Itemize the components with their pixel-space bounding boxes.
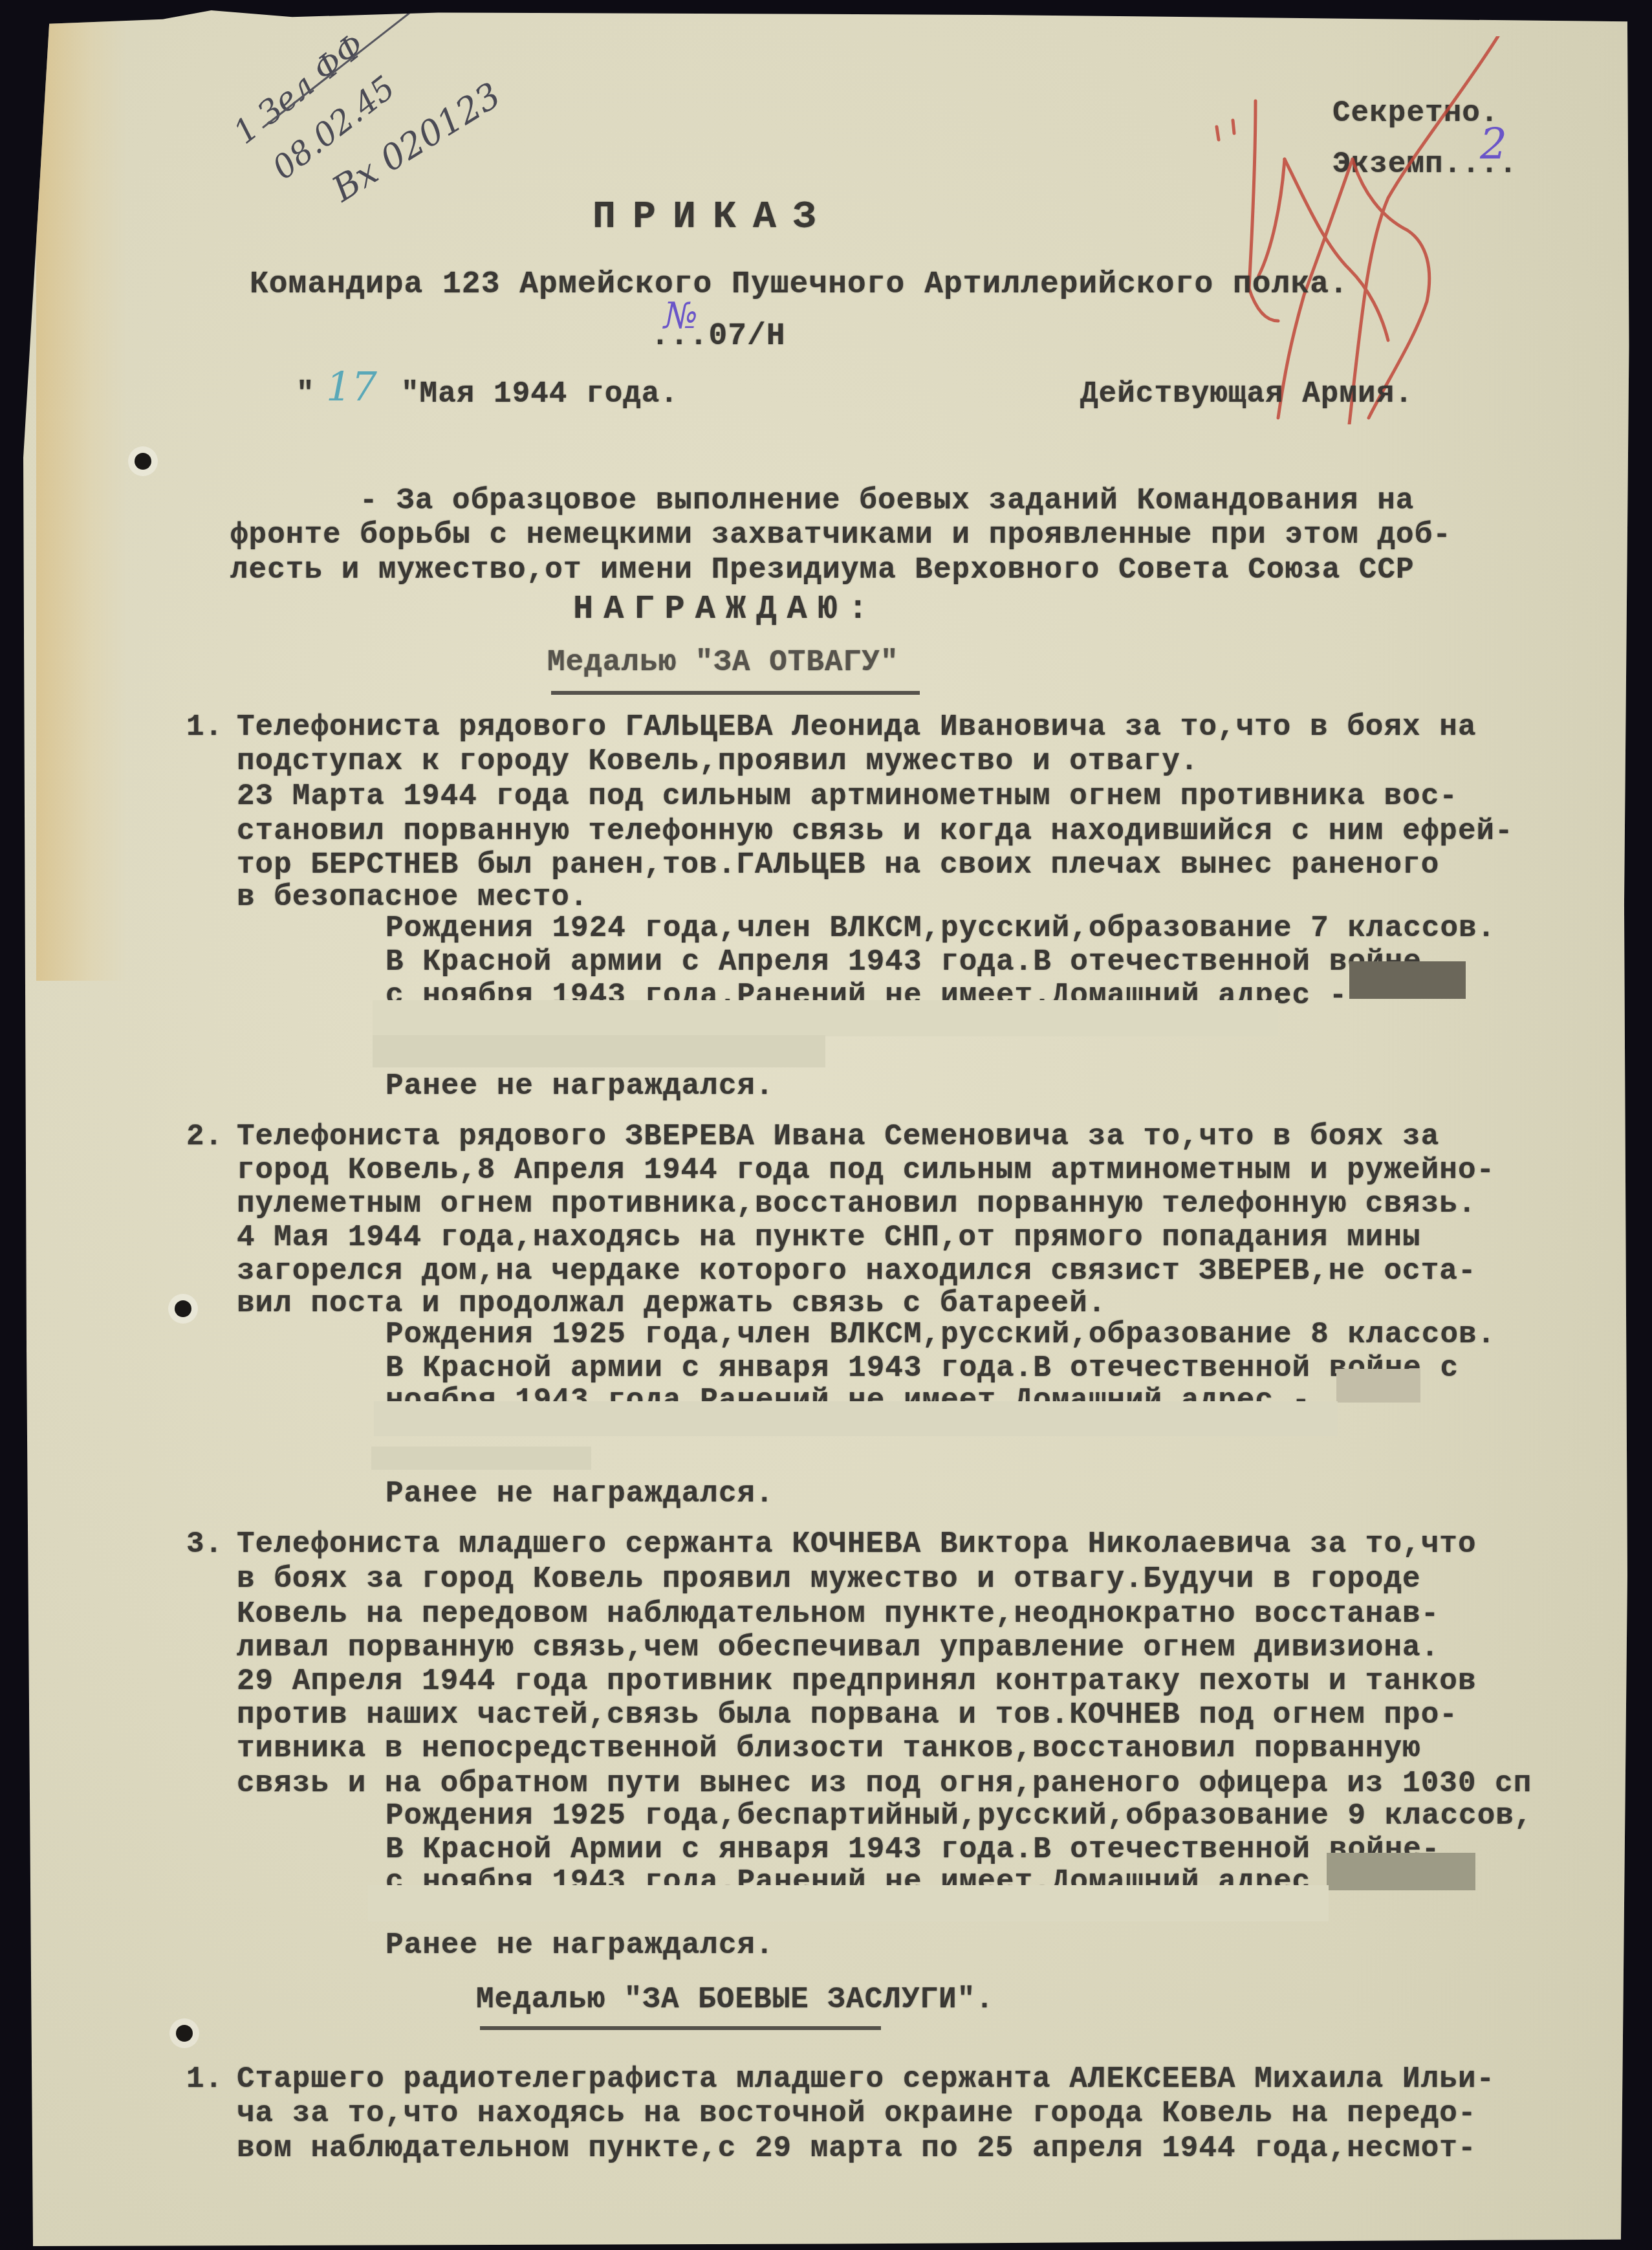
entry-line: 23 Марта 1944 года под сильным артминоме…	[237, 781, 1458, 811]
redaction-bar	[1336, 1369, 1420, 1403]
entry-line: пулеметным огнем противника,восстановил …	[237, 1189, 1477, 1219]
preamble-line-2: фронте борьбы с немецкими захватчиками и…	[230, 520, 1451, 550]
paper-stain	[36, 10, 127, 981]
bio-line: В Красной армии с января 1943 года.В оте…	[386, 1353, 1459, 1383]
entry-line: Ковель на передовом наблюдательном пункт…	[237, 1599, 1439, 1629]
entry-line: в боях за город Ковель проявил мужество …	[237, 1564, 1421, 1594]
date-text: "Мая 1944 года.	[401, 379, 679, 409]
preamble-line-3: лесть и мужество,от имени Президиума Вер…	[230, 555, 1415, 585]
closing-line: Ранее не награждался.	[386, 1071, 774, 1101]
punch-hole	[135, 453, 151, 470]
date-day-handwritten: 17	[326, 363, 377, 410]
entry-line: тор БЕРСТНЕВ был ранен,тов.ГАЛЬЦЕВ на св…	[237, 850, 1439, 880]
section-heading-valor-medal: Медалью "ЗА ОТВАГУ"	[547, 648, 899, 677]
bio-line: В Красной Армии с января 1943 года.В оте…	[386, 1835, 1440, 1864]
redaction-bar	[368, 1885, 1329, 1921]
entry-line: загорелся дом,на чердаке которого находи…	[237, 1256, 1477, 1286]
entry-line: вом наблюдательном пункте,с 29 марта по …	[237, 2134, 1477, 2163]
entry-line: 4 Мая 1944 года,находясь на пункте СНП,о…	[237, 1223, 1421, 1252]
document-page: 1 Зел ФФ 08.02.45 Вх 020123 Секретно. Эк…	[17, 10, 1637, 2246]
entry-line: Старшего радиотелеграфиста младшего серж…	[237, 2064, 1495, 2094]
preamble-line-1: - За образцовое выполнение боевых задани…	[360, 486, 1414, 516]
section-heading-combat-merit-medal: Медалью "ЗА БОЕВЫЕ ЗАСЛУГИ".	[476, 1985, 994, 2015]
location-text: Действующая Армия.	[1080, 379, 1413, 409]
entry-number: 3.	[186, 1529, 223, 1559]
date-quote-open: "	[296, 379, 315, 409]
bio-line: В Красной армии с Апреля 1943 года.В оте…	[386, 947, 1422, 977]
entry-number: 1.	[186, 712, 223, 742]
bio-line: Рождения 1924 года,член ВЛКСМ,русский,об…	[386, 913, 1495, 943]
entry-line: вил поста и продолжал держать связь с ба…	[237, 1289, 1106, 1318]
entry-line: Телефониста рядового ЗВЕРЕВА Ивана Семен…	[237, 1122, 1439, 1152]
bio-line: Рождения 1925 года,беспартийный,русский,…	[386, 1801, 1532, 1831]
entry-line: 29 Апреля 1944 года противник предпринял…	[237, 1666, 1477, 1696]
decree-heading: НАГРАЖДАЮ:	[573, 593, 878, 626]
entry-line: становил порванную телефонную связь и ко…	[237, 816, 1514, 846]
entry-line: тивника в непосредственной близости танк…	[237, 1734, 1421, 1764]
entry-number: 2.	[186, 1122, 223, 1152]
entry-line: ливал порванную связь,чем обеспечивал уп…	[237, 1633, 1439, 1663]
entry-number: 1.	[186, 2064, 223, 2094]
redaction-bar	[373, 1035, 825, 1067]
entry-line: в безопасное место.	[237, 882, 589, 912]
entry-line: город Ковель,8 Апреля 1944 года под силь…	[237, 1155, 1495, 1185]
punch-hole	[176, 2025, 193, 2042]
document-title: ПРИКАЗ	[592, 198, 833, 237]
redaction-bar	[374, 1401, 1338, 1436]
redaction-bar	[1349, 961, 1466, 999]
redaction-bar	[373, 1000, 1278, 1036]
entry-line: ча за то,что находясь на восточной окраи…	[237, 2099, 1477, 2128]
section-heading-underline	[551, 691, 920, 695]
entry-line: Телефониста младшего сержанта КОЧНЕВА Ви…	[237, 1529, 1477, 1559]
redaction-bar	[371, 1447, 591, 1470]
bio-line: Рождения 1925 года,член ВЛКСМ,русский,об…	[386, 1320, 1495, 1349]
red-pencil-signature-icon	[1194, 36, 1530, 424]
redaction-bar	[1327, 1853, 1475, 1890]
section-heading-underline	[480, 2026, 881, 2030]
entry-line: подступах к городу Ковель,проявил мужест…	[237, 747, 1199, 776]
issuer-line: Командира 123 Армейского Пушечного Артил…	[250, 269, 1349, 300]
punch-hole	[175, 1300, 191, 1317]
entry-line: Телефониста рядового ГАЛЬЦЕВА Леонида Ив…	[237, 712, 1477, 742]
closing-line: Ранее не награждался.	[386, 1930, 774, 1960]
entry-line: против наших частей,связь была порвана и…	[237, 1700, 1458, 1730]
closing-line: Ранее не награждался.	[386, 1479, 774, 1509]
entry-line: связь и на обратном пути вынес из под ог…	[237, 1769, 1532, 1798]
order-number: ...07/Н	[651, 321, 786, 352]
